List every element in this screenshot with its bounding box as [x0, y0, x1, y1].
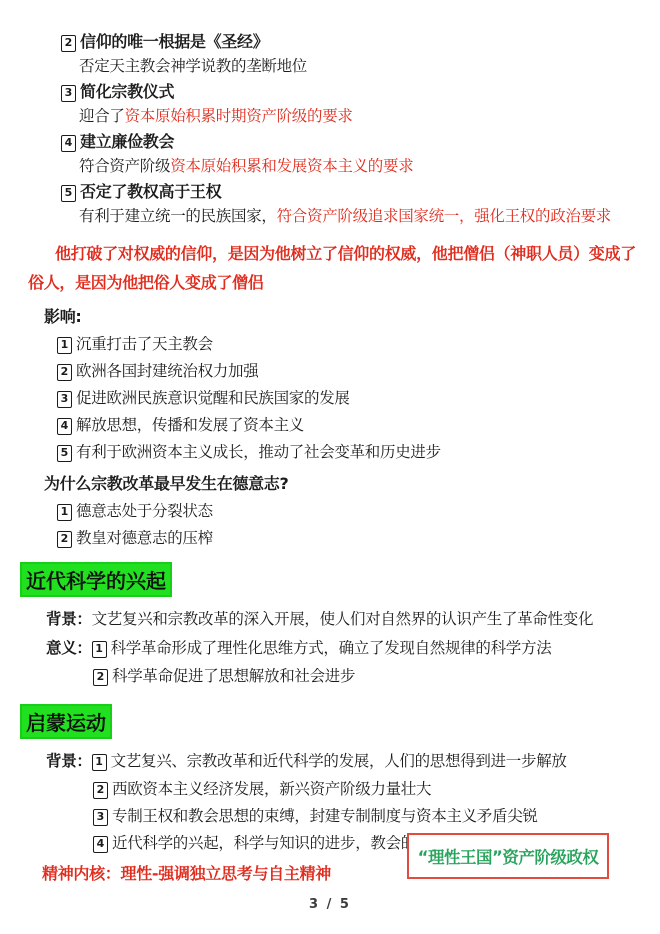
list-item-text: 教皇对德意志的压榨 [76, 529, 213, 547]
section-header-science: 近代科学的兴起 [20, 562, 660, 597]
boxed-number-icon: 1 [92, 641, 107, 658]
point-title: 信仰的唯一根据是《圣经》 [80, 32, 268, 51]
significance-text: 科学革命促进了思想解放和社会进步 [112, 667, 355, 685]
list-item: 1德意志处于分裂状态 [57, 498, 660, 525]
list-item: 2教皇对德意志的压榨 [57, 525, 660, 552]
background-row: 3专制王权和教会思想的束缚，封建专制制度与资本主义矛盾尖锐 [93, 803, 660, 830]
list-item-text: 有利于欧洲资本主义成长，推动了社会变革和历史进步 [76, 443, 441, 461]
boxed-number-icon: 5 [57, 445, 72, 462]
boxed-number-icon: 2 [57, 531, 72, 548]
list-item: 4解放思想，传播和发展了资本主义 [57, 412, 660, 439]
background-item-text: 文艺复兴、宗教改革和近代科学的发展，人们的思想得到进一步解放 [111, 752, 567, 770]
boxed-number-icon: 1 [57, 337, 72, 354]
boxed-number-icon: 4 [61, 135, 76, 152]
core-spirit-text: 理性-强调独立思考与自主精神 [121, 864, 331, 883]
point-title: 建立廉俭教会 [80, 132, 174, 151]
section-header-enlightenment: 启蒙运动 [20, 704, 660, 739]
list-item-text: 解放思想，传播和发展了资本主义 [76, 416, 304, 434]
point-title-row: 4建立廉俭教会 [61, 129, 660, 154]
list-item-text: 促进欧洲民族意识觉醒和民族国家的发展 [76, 389, 350, 407]
section-header-highlight: 启蒙运动 [20, 704, 112, 739]
background-label: 背景： [46, 610, 92, 628]
section-header-highlight: 近代科学的兴起 [20, 562, 172, 597]
significance-row: 意义：1科学革命形成了理性化思维方式，确立了发现自然规律的科学方法 [46, 634, 660, 663]
boxed-number-icon: 1 [57, 504, 72, 521]
background-item-text: 西欧资本主义经济发展，新兴资产阶级力量壮大 [112, 780, 431, 798]
point-title: 否定了教权高于王权 [80, 182, 221, 201]
notes-page: 2信仰的唯一根据是《圣经》 否定天主教会神学说教的垄断地位 3简化宗教仪式 迎合… [0, 0, 660, 934]
background-row: 背景：文艺复兴和宗教改革的深入开展，使人们对自然界的认识产生了革命性变化 [46, 605, 660, 634]
boxed-number-icon: 3 [61, 85, 76, 102]
background-row: 2西欧资本主义经济发展，新兴资产阶级力量壮大 [93, 776, 660, 803]
page-number: 3 / 5 [0, 897, 660, 912]
detail-text: 否定天主教会神学说教的垄断地位 [79, 57, 307, 75]
callout-box: “理性王国”资产阶级政权 [407, 833, 609, 879]
point-title-row: 3简化宗教仪式 [61, 79, 660, 104]
boxed-number-icon: 2 [93, 669, 108, 686]
point-title: 简化宗教仪式 [80, 82, 174, 101]
list-item: 1沉重打击了天主教会 [57, 331, 660, 358]
background-item-text: 专制王权和教会思想的束缚，封建专制制度与资本主义矛盾尖锐 [112, 807, 538, 825]
significance-text: 科学革命形成了理性化思维方式，确立了发现自然规律的科学方法 [111, 639, 552, 657]
list-item-text: 沉重打击了天主教会 [76, 335, 213, 353]
list-item: 5有利于欧洲资本主义成长，推动了社会变革和历史进步 [57, 439, 660, 466]
list-item-text: 德意志处于分裂状态 [76, 502, 213, 520]
background-text: 文艺复兴和宗教改革的深入开展，使人们对自然界的认识产生了革命性变化 [92, 610, 594, 628]
significance-row: 2科学革命促进了思想解放和社会进步 [93, 663, 660, 690]
point-detail-row: 有利于建立统一的民族国家，符合资产阶级追求国家统一，强化王权的政治要求 [79, 204, 660, 229]
boxed-number-icon: 3 [93, 809, 108, 826]
boxed-number-icon: 4 [93, 836, 108, 853]
detail-text: 迎合了 [79, 107, 125, 125]
point-title-row: 5否定了教权高于王权 [61, 179, 660, 204]
detail-text-red: 符合资产阶级追求国家统一，强化王权的政治要求 [277, 207, 611, 225]
significance-label: 意义： [46, 639, 92, 657]
boxed-number-icon: 2 [93, 782, 108, 799]
list-item: 2欧洲各国封建统治权力加强 [57, 358, 660, 385]
detail-text-red: 资本原始积累和发展资本主义的要求 [170, 157, 413, 175]
boxed-number-icon: 4 [57, 418, 72, 435]
influence-heading: 影响: [44, 305, 660, 329]
boxed-number-icon: 3 [57, 391, 72, 408]
reform-points-section: 2信仰的唯一根据是《圣经》 否定天主教会神学说教的垄断地位 3简化宗教仪式 迎合… [0, 0, 660, 229]
core-spirit-label: 精神内核： [42, 864, 121, 883]
background-row: 背景：1文艺复兴、宗教改革和近代科学的发展，人们的思想得到进一步解放 [46, 747, 660, 776]
boxed-number-icon: 2 [61, 35, 76, 52]
list-item-text: 欧洲各国封建统治权力加强 [76, 362, 258, 380]
key-quote: 他打破了对权威的信仰，是因为他树立了信仰的权威，他把僧侣（神职人员）变成了俗人，… [28, 239, 636, 297]
detail-text: 符合资产阶级 [79, 157, 170, 175]
point-title-row: 2信仰的唯一根据是《圣经》 [61, 29, 660, 54]
point-detail-row: 迎合了资本原始积累时期资产阶级的要求 [79, 104, 660, 129]
question-heading: 为什么宗教改革最早发生在德意志? [44, 472, 660, 496]
boxed-number-icon: 5 [61, 185, 76, 202]
callout-text: “理性王国”资产阶级政权 [418, 844, 599, 868]
boxed-number-icon: 2 [57, 364, 72, 381]
point-detail-row: 符合资产阶级资本原始积累和发展资本主义的要求 [79, 154, 660, 179]
detail-text: 有利于建立统一的民族国家， [79, 207, 277, 225]
background-label: 背景： [46, 752, 92, 770]
list-item: 3促进欧洲民族意识觉醒和民族国家的发展 [57, 385, 660, 412]
point-detail-row: 否定天主教会神学说教的垄断地位 [79, 54, 660, 79]
boxed-number-icon: 1 [92, 754, 107, 771]
detail-text-red: 资本原始积累时期资产阶级的要求 [125, 107, 353, 125]
